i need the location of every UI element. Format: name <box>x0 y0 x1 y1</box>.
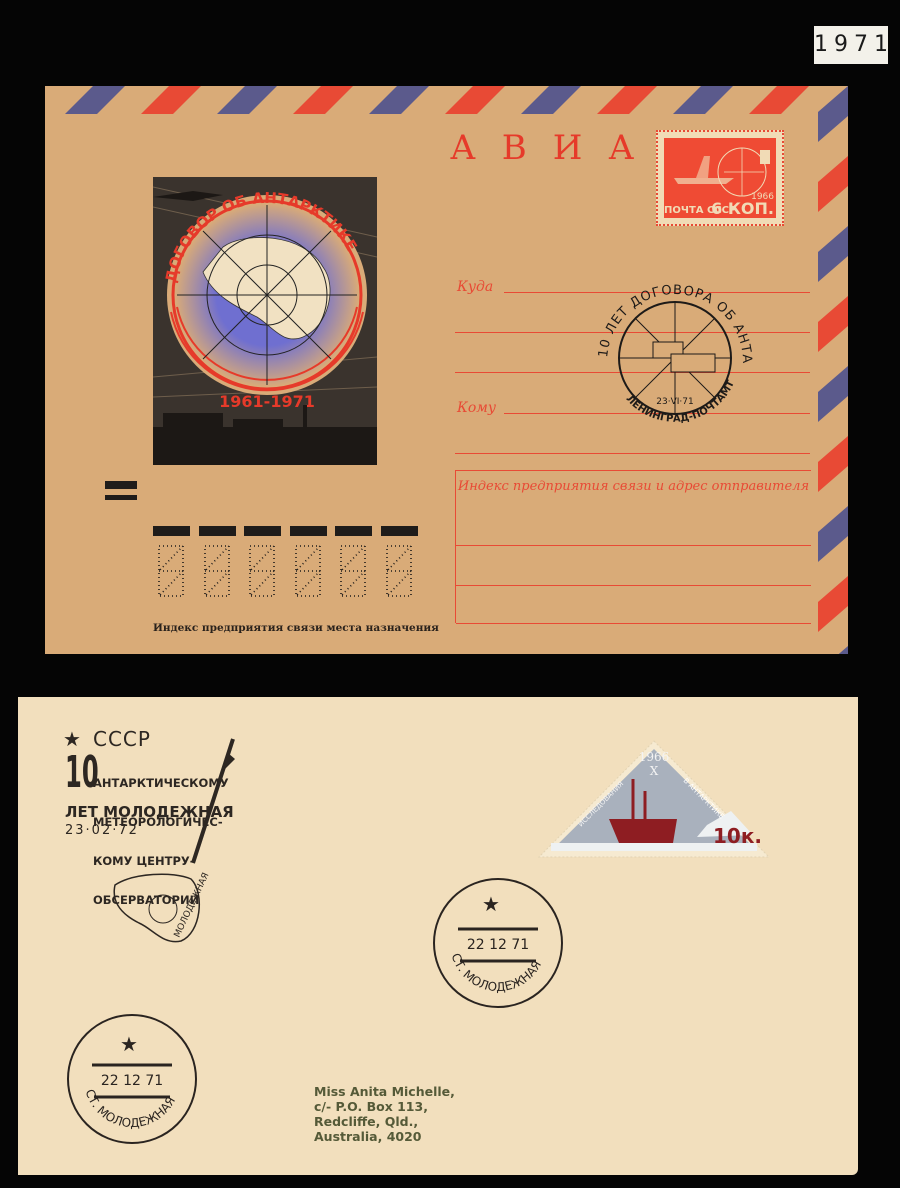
antarctic-treaty-illustration: ДОГОВОР ОБ АНТАРКТИКЕ 1961-1971 <box>153 177 377 465</box>
year-label: 1971 <box>814 26 888 64</box>
commemorative-postmark-leningrad: 10 ЛЕТ ДОГОВОРА ОБ АНТАРКТИКЕ 23·VI·71 Л… <box>585 262 765 442</box>
svg-text:СТ. МОЛОДЕЖНАЯ: СТ. МОЛОДЕЖНАЯ <box>448 951 544 994</box>
code-digit-box[interactable] <box>385 544 413 598</box>
map-label: МОЛОДЕЖНАЯ <box>173 871 212 939</box>
code-marker <box>105 481 137 489</box>
address-line[interactable] <box>456 585 811 586</box>
code-box-marker <box>244 526 281 536</box>
code-digit-box[interactable] <box>157 544 185 598</box>
star-icon: ★ <box>482 892 500 916</box>
postmark-molodezhnaya-1: 22 12 71 СТ. МОЛОДЕЖНАЯ ★ <box>430 875 566 1011</box>
airmail-envelope-1971: АВИА ПОЧТА СССР 1966 6 КОП. <box>45 86 848 654</box>
address-line[interactable] <box>456 623 811 624</box>
airmail-stripes-right <box>818 86 848 654</box>
code-box-marker <box>153 526 190 536</box>
rocket-antarctica-icon: МОЛОДЕЖНАЯ <box>93 733 263 943</box>
address-line[interactable] <box>456 545 811 546</box>
address-label-to-whom: Кому <box>457 400 496 416</box>
code-digit-box[interactable] <box>294 544 322 598</box>
code-digit-box[interactable] <box>203 544 231 598</box>
postmark-date: 22 12 71 <box>467 937 529 953</box>
illustration-years: 1961-1971 <box>219 392 315 411</box>
sender-address-box[interactable]: Индекс предприятия связи и адрес отправи… <box>455 470 811 623</box>
airmail-stripes-top <box>45 86 848 114</box>
star-icon: ★ <box>120 1032 138 1056</box>
address-label-to-where: Куда <box>457 279 493 295</box>
svg-text:СТ. МОЛОДЕЖНАЯ: СТ. МОЛОДЕЖНАЯ <box>82 1087 178 1130</box>
code-box-marker <box>335 526 372 536</box>
cover-molodezhnaya: ★ СССР 10 АНТАРКТИЧЕСКОМУ МЕТЕОРОЛОГИЧЕС… <box>18 697 858 1175</box>
triangular-stamp-1966: 1966 X ИССЛЕДОВАНИЯ В АНТАРКТИКЕ 10к. <box>537 739 771 859</box>
sender-box-label: Индекс предприятия связи и адрес отправи… <box>456 477 811 497</box>
code-box-marker <box>381 526 418 536</box>
postmark-bottom-text: СТ. МОЛОДЕЖНАЯ <box>448 951 544 994</box>
postmark-date: 23·VI·71 <box>656 397 693 407</box>
postmark-bottom-text: СТ. МОЛОДЕЖНАЯ <box>82 1087 178 1130</box>
addressee-block: Miss Anita Michelle,c/- P.O. Box 113,Red… <box>314 1084 455 1144</box>
index-caption: Индекс предприятия связи места назначени… <box>153 622 439 634</box>
airmail-label: АВИА <box>450 128 660 168</box>
code-box-marker <box>199 526 236 536</box>
code-marker <box>105 495 137 500</box>
code-box-marker <box>290 526 327 536</box>
code-digit-box[interactable] <box>248 544 276 598</box>
address-line[interactable] <box>455 453 810 454</box>
indicia-value: 6 КОП. <box>711 199 774 218</box>
imprinted-stamp: ПОЧТА СССР 1966 6 КОП. <box>656 130 784 226</box>
stamp-year: 1966 <box>639 750 670 764</box>
stamp-roman: X <box>650 764 659 778</box>
stamp-value: 10к. <box>713 824 762 848</box>
postmark-molodezhnaya-2: 22 12 71 СТ. МОЛОДЕЖНАЯ ★ <box>64 1011 200 1147</box>
code-digit-box[interactable] <box>339 544 367 598</box>
postmark-date: 22 12 71 <box>101 1073 163 1089</box>
